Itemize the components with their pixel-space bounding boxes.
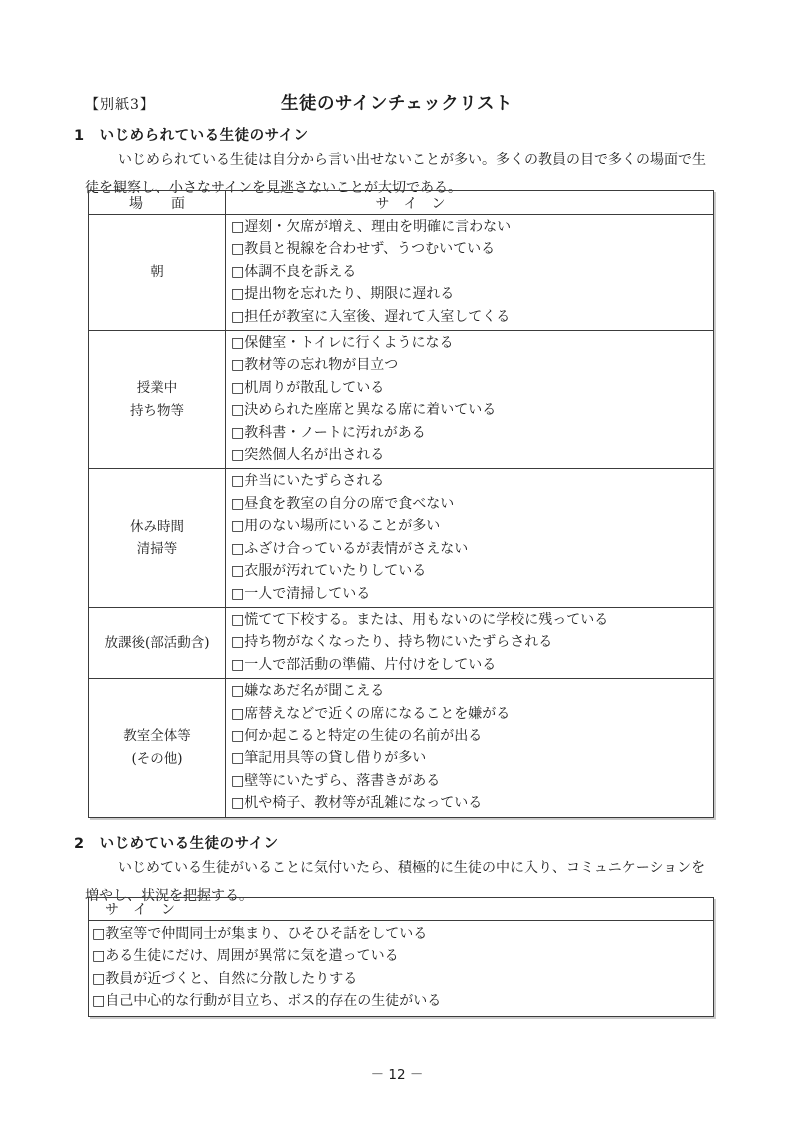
section2-heading: 2 いじめている生徒のサイン <box>74 832 279 853</box>
signs-cell: □遅刻・欠席が増え、理由を明確に言わない □教員と視線を合わせず、うつむいている… <box>226 215 714 331</box>
scene-cell: 教室全体等 (その他) <box>89 679 226 817</box>
table-body: 朝 □遅刻・欠席が増え、理由を明確に言わない □教員と視線を合わせず、うつむいて… <box>89 215 714 818</box>
scene-cell: 休み時間 清掃等 <box>89 469 226 607</box>
scene-cell: 授業中 持ち物等 <box>89 331 226 469</box>
bullied-student-signs-table: 場 面 サ イ ン 朝 □遅刻・欠席が増え、理由を明確に言わない □教員と視線を… <box>88 190 714 818</box>
document-page: 【別紙3】 生徒のサインチェックリスト 1 いじめられている生徒のサイン いじめ… <box>0 0 794 1123</box>
scene-cell: 朝 <box>89 215 226 331</box>
page-number: － 12 － <box>0 1063 794 1083</box>
signs-cell: □慌てて下校する。または、用もないのに学校に残っている □持ち物がなくなったり、… <box>226 607 714 678</box>
table-body: □教室等で仲間同士が集まり、ひそひそ話をしている □ある生徒にだけ、周囲が異常に… <box>89 921 714 1017</box>
table-row: 放課後(部活動含) □慌てて下校する。または、用もないのに学校に残っている □持… <box>89 607 714 678</box>
signs-cell: □弁当にいたずらされる □昼食を教室の自分の席で食べない □用のない場所にいるこ… <box>226 469 714 607</box>
table-row: □教室等で仲間同士が集まり、ひそひそ話をしている □ある生徒にだけ、周囲が異常に… <box>89 921 714 1017</box>
sign-column-header: サ イ ン <box>226 191 714 215</box>
signs-cell: □保健室・トイレに行くようになる □教材等の忘れ物が目立つ □机周りが散乱してい… <box>226 331 714 469</box>
section1-heading: 1 いじめられている生徒のサイン <box>74 124 309 145</box>
table-header-row: サ イ ン <box>89 898 714 921</box>
page-title: 生徒のサインチェックリスト <box>0 90 794 115</box>
scene-cell: 放課後(部活動含) <box>89 607 226 678</box>
table-header-row: 場 面 サ イ ン <box>89 191 714 215</box>
table-row: 朝 □遅刻・欠席が増え、理由を明確に言わない □教員と視線を合わせず、うつむいて… <box>89 215 714 331</box>
signs-cell: □教室等で仲間同士が集まり、ひそひそ話をしている □ある生徒にだけ、周囲が異常に… <box>89 921 714 1017</box>
table-row: 教室全体等 (その他) □嫌なあだ名が聞こえる □席替えなどで近くの席になること… <box>89 679 714 817</box>
scene-column-header: 場 面 <box>89 191 226 215</box>
bullying-student-signs-table: サ イ ン □教室等で仲間同士が集まり、ひそひそ話をしている □ある生徒にだけ、… <box>88 897 714 1017</box>
sign-column-header: サ イ ン <box>89 898 714 921</box>
table-row: 休み時間 清掃等 □弁当にいたずらされる □昼食を教室の自分の席で食べない □用… <box>89 469 714 607</box>
table-row: 授業中 持ち物等 □保健室・トイレに行くようになる □教材等の忘れ物が目立つ □… <box>89 331 714 469</box>
signs-cell: □嫌なあだ名が聞こえる □席替えなどで近くの席になることを嫌がる □何か起こると… <box>226 679 714 817</box>
